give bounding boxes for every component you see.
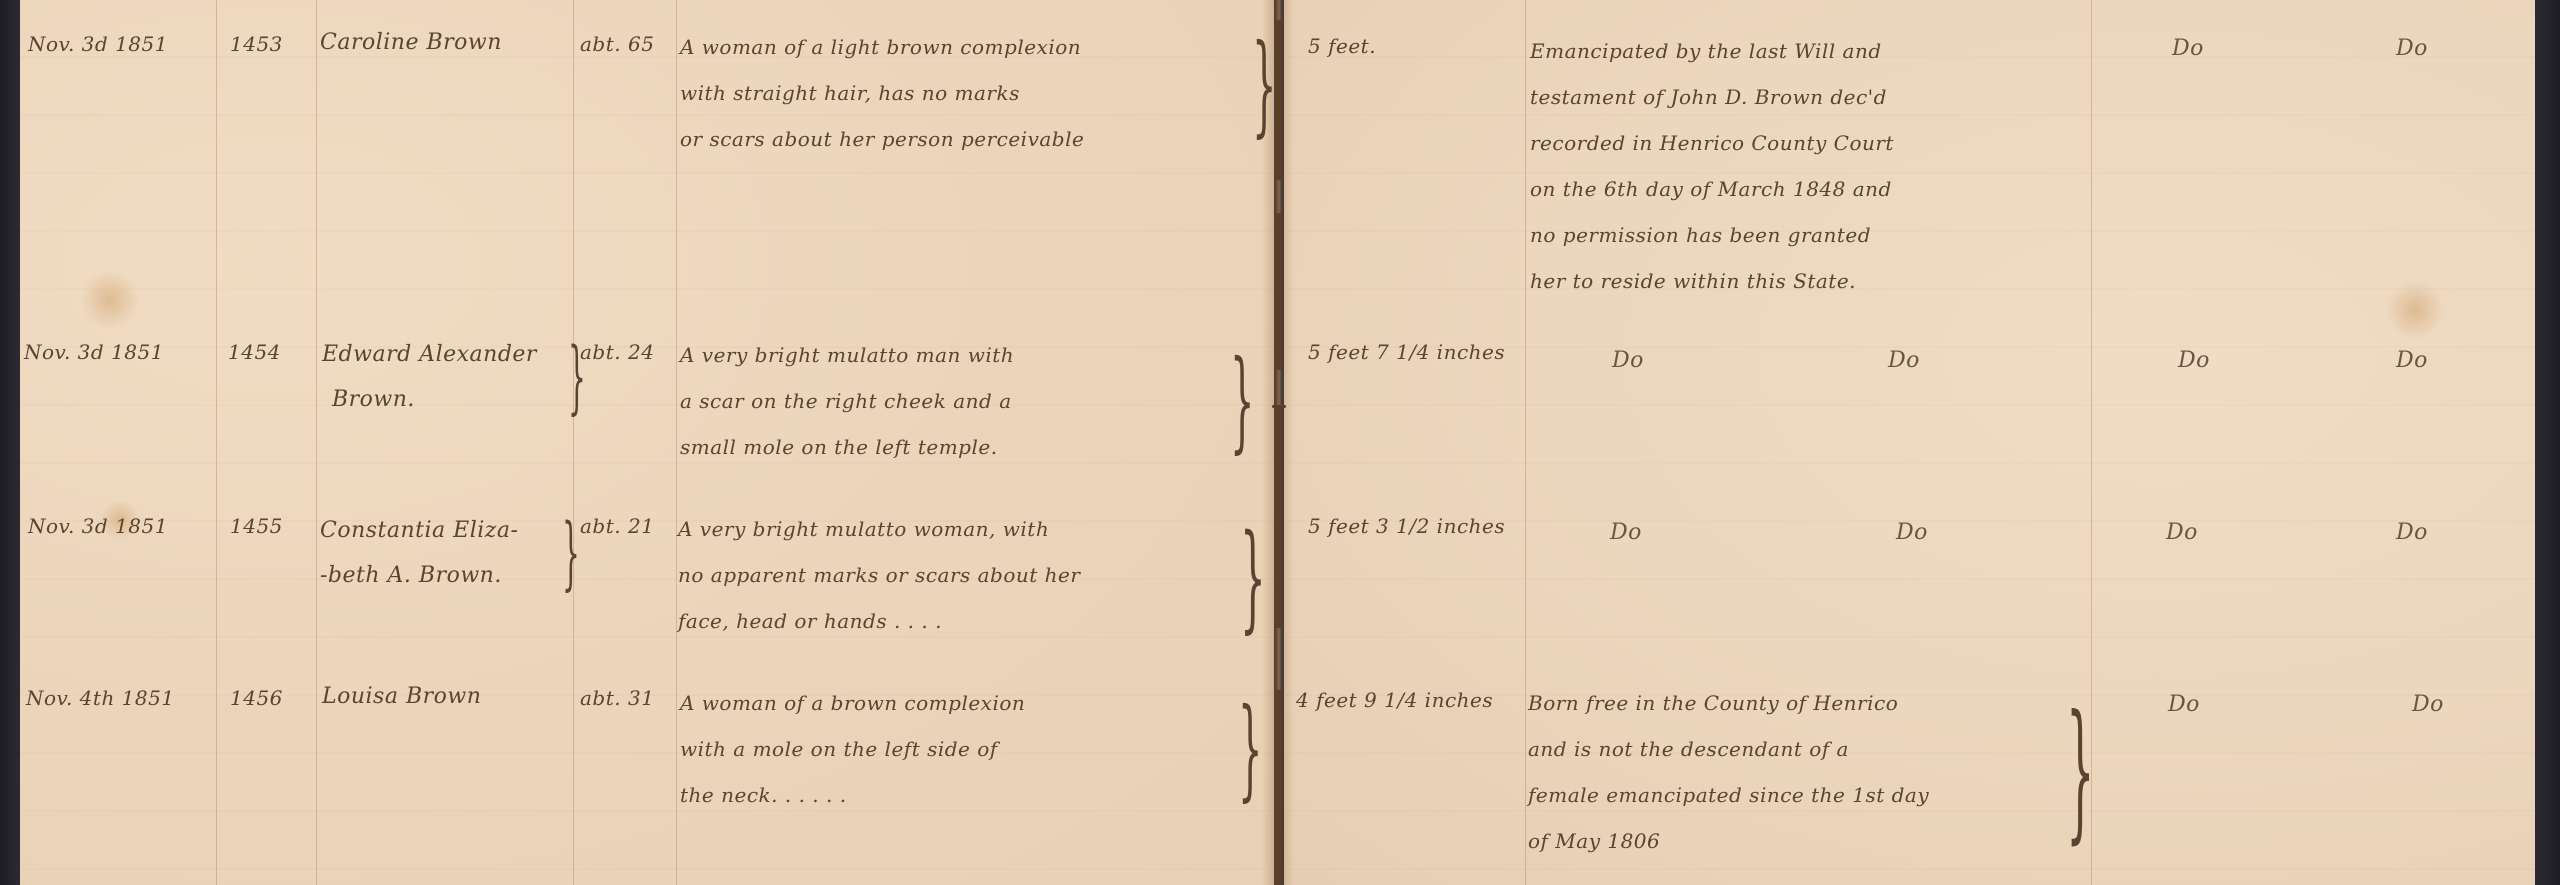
how-free-line: testament of John D. Brown dec'd bbox=[1530, 74, 1894, 120]
name-line: -beth A. Brown. bbox=[320, 553, 518, 598]
entry-name: Louisa Brown bbox=[322, 686, 481, 708]
description-line: A woman of a brown complexion bbox=[680, 680, 1025, 726]
entry-number: 1454 bbox=[228, 342, 281, 362]
entry-description: A very bright mulatto man with a scar on… bbox=[680, 332, 1014, 470]
ditto-mark: Do bbox=[2412, 694, 2444, 716]
how-free-line: her to reside within this State. bbox=[1530, 258, 1894, 304]
description-line: A very bright mulatto woman, with bbox=[678, 506, 1080, 552]
entry-how-free: Emancipated by the last Will and testame… bbox=[1530, 28, 1894, 304]
description-line: face, head or hands . . . . bbox=[678, 598, 1080, 644]
ditto-mark: Do bbox=[2396, 350, 2428, 372]
column-rule bbox=[676, 0, 677, 885]
entry-date: Nov. 3d 1851 bbox=[28, 34, 168, 54]
description-line: with straight hair, has no marks bbox=[680, 70, 1084, 116]
entry-date: Nov. 3d 1851 bbox=[28, 516, 168, 536]
description-line: small mole on the left temple. bbox=[680, 424, 1014, 470]
binding-stitch bbox=[1276, 20, 1282, 180]
how-free-line: female emancipated since the 1st day bbox=[1528, 772, 1929, 818]
name-line: Constantia Eliza- bbox=[320, 508, 518, 553]
entry-age: abt. 31 bbox=[580, 688, 654, 708]
bracket-brace: } bbox=[1240, 510, 1266, 645]
book-cover-left-edge bbox=[0, 0, 20, 885]
ditto-mark: Do bbox=[2396, 38, 2428, 60]
entry-height: 5 feet. bbox=[1308, 36, 1376, 56]
ditto-mark: Do bbox=[1888, 350, 1920, 372]
ditto-mark: Do bbox=[1610, 522, 1642, 544]
description-line: A woman of a light brown complexion bbox=[680, 24, 1084, 70]
entry-number: 1456 bbox=[230, 688, 283, 708]
entry-date: Nov. 4th 1851 bbox=[26, 688, 175, 708]
entry-age: abt. 24 bbox=[580, 342, 654, 362]
entry-how-free: Born free in the County of Henrico and i… bbox=[1528, 680, 1929, 864]
description-line: with a mole on the left side of bbox=[680, 726, 1025, 772]
ditto-mark: Do bbox=[1896, 522, 1928, 544]
how-free-line: Emancipated by the last Will and bbox=[1530, 28, 1894, 74]
ditto-mark: Do bbox=[2172, 38, 2204, 60]
entry-name: Constantia Eliza- -beth A. Brown. bbox=[320, 508, 518, 598]
ditto-mark: Do bbox=[2396, 522, 2428, 544]
how-free-line: on the 6th day of March 1848 and bbox=[1530, 166, 1894, 212]
entry-number: 1455 bbox=[230, 516, 283, 536]
name-line: Edward Alexander bbox=[322, 332, 537, 377]
binding-stitch bbox=[1276, 213, 1282, 370]
description-line: A very bright mulatto man with bbox=[680, 332, 1014, 378]
column-rule bbox=[1525, 0, 1526, 885]
description-line: or scars about her person perceivable bbox=[680, 116, 1084, 162]
entry-description: A woman of a brown complexion with a mol… bbox=[680, 680, 1025, 818]
entry-description: A very bright mulatto woman, with no app… bbox=[678, 506, 1080, 644]
binding-stitch bbox=[1276, 408, 1282, 628]
bracket-brace: } bbox=[2066, 684, 2095, 858]
ditto-mark: Do bbox=[2166, 522, 2198, 544]
entry-age: abt. 21 bbox=[580, 516, 654, 536]
bracket-brace: } bbox=[1230, 336, 1255, 464]
how-free-line: of May 1806 bbox=[1528, 818, 1929, 864]
ledger-spread: Nov. 3d 1851 1453 Caroline Brown abt. 65… bbox=[0, 0, 2560, 885]
binding-stitch bbox=[1276, 690, 1282, 885]
binding-knot bbox=[1272, 405, 1286, 408]
entry-height: 5 feet 7 1/4 inches bbox=[1308, 342, 1505, 362]
description-line: the neck. . . . . . bbox=[680, 772, 1025, 818]
entry-number: 1453 bbox=[230, 34, 283, 54]
name-line: Brown. bbox=[322, 377, 537, 422]
bracket-brace: } bbox=[562, 506, 580, 599]
entry-description: A woman of a light brown complexion with… bbox=[680, 24, 1084, 162]
paper-stain bbox=[2385, 280, 2445, 340]
ditto-mark: Do bbox=[2168, 694, 2200, 716]
how-free-line: Born free in the County of Henrico bbox=[1528, 680, 1929, 726]
left-page bbox=[20, 0, 1274, 885]
book-cover-right-edge bbox=[2535, 0, 2560, 885]
bracket-brace: } bbox=[1252, 20, 1277, 148]
bracket-brace: } bbox=[1238, 684, 1263, 812]
column-rule bbox=[316, 0, 317, 885]
how-free-line: and is not the descendant of a bbox=[1528, 726, 1929, 772]
column-rule bbox=[216, 0, 217, 885]
column-rule bbox=[573, 0, 574, 885]
ditto-mark: Do bbox=[2178, 350, 2210, 372]
entry-date: Nov. 3d 1851 bbox=[24, 342, 164, 362]
entry-name: Edward Alexander Brown. bbox=[322, 332, 537, 422]
entry-height: 5 feet 3 1/2 inches bbox=[1308, 516, 1505, 536]
ditto-mark: Do bbox=[1612, 350, 1644, 372]
how-free-line: no permission has been granted bbox=[1530, 212, 1894, 258]
entry-name: Caroline Brown bbox=[320, 32, 502, 54]
entry-height: 4 feet 9 1/4 inches bbox=[1296, 690, 1493, 710]
how-free-line: recorded in Henrico County Court bbox=[1530, 120, 1894, 166]
description-line: no apparent marks or scars about her bbox=[678, 552, 1080, 598]
description-line: a scar on the right cheek and a bbox=[680, 378, 1014, 424]
entry-age: abt. 65 bbox=[580, 34, 654, 54]
paper-stain bbox=[80, 270, 140, 330]
